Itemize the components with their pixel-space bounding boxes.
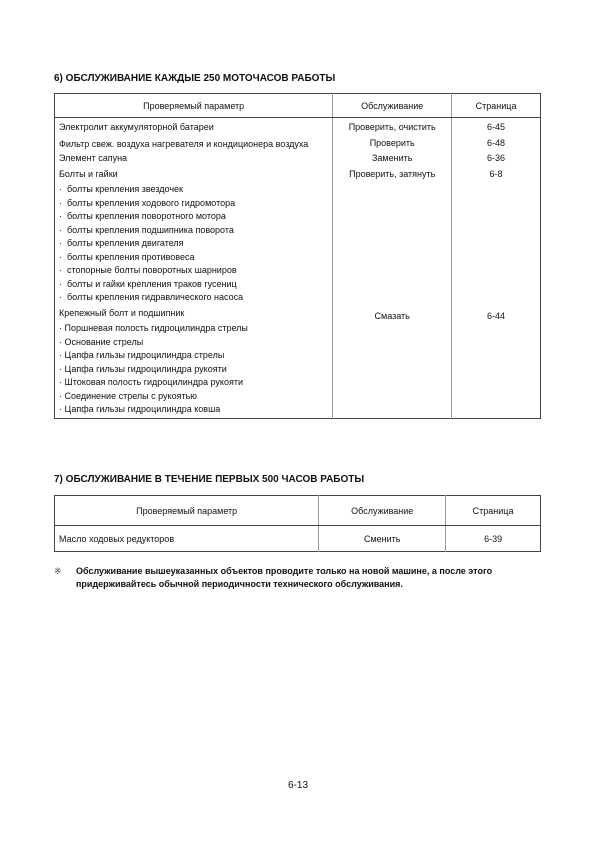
table-header-row: Проверяемый параметр Обслуживание Страни… — [55, 94, 541, 118]
table-header-row: Проверяемый параметр Обслуживание Страни… — [55, 496, 541, 526]
header-service: Обслуживание — [333, 94, 452, 118]
table-row: Болты и гайки болты крепления звездочек … — [55, 167, 541, 306]
note: ※ Обслуживание вышеуказанных объектов пр… — [54, 565, 544, 590]
list-item: болты крепления ходового гидромотора — [59, 197, 328, 211]
list-item: болты крепления поворотного мотора — [59, 210, 328, 224]
table-row: Элемент сапуна Заменить 6-36 — [55, 151, 541, 167]
list-item: болты крепления двигателя — [59, 237, 328, 251]
header-parameter: Проверяемый параметр — [55, 496, 319, 526]
grease-points-list: Поршневая полость гидроцилиндра стрелы О… — [59, 322, 328, 417]
maintenance-250h-table: Проверяемый параметр Обслуживание Страни… — [54, 93, 541, 419]
header-page: Страница — [446, 496, 541, 526]
reference-mark-icon: ※ — [54, 565, 62, 578]
list-item: болты крепления звездочек — [59, 183, 328, 197]
list-item: Штоковая полость гидроцилиндра рукояти — [59, 376, 328, 390]
table-row: Электролит аккумуляторной батареи Провер… — [55, 118, 541, 136]
table-row: Масло ходовых редукторов Сменить 6-39 — [55, 526, 541, 552]
maintenance-500h-table: Проверяемый параметр Обслуживание Страни… — [54, 495, 541, 552]
table-row: Крепежный болт и подшипник Поршневая пол… — [55, 306, 541, 419]
header-service: Обслуживание — [319, 496, 446, 526]
header-parameter: Проверяемый параметр — [55, 94, 333, 118]
list-item: Соединение стрелы с рукоятью — [59, 390, 328, 404]
list-item: Основание стрелы — [59, 336, 328, 350]
section-7-title: 7) ОБСЛУЖИВАНИЕ В ТЕЧЕНИЕ ПЕРВЫХ 500 ЧАС… — [54, 474, 364, 485]
list-item: болты крепления подшипника поворота — [59, 224, 328, 238]
note-text: Обслуживание вышеуказанных объектов пров… — [76, 565, 544, 590]
list-item: болты крепления противовеса — [59, 251, 328, 265]
list-item: болты и гайки крепления траков гусениц — [59, 278, 328, 292]
table-row: Фильтр свеж. воздуха нагревателя и конди… — [55, 136, 541, 152]
page-number: 6-13 — [0, 780, 596, 791]
list-item: стопорные болты поворотных шарниров — [59, 264, 328, 278]
list-item: болты крепления гидравлического насоса — [59, 291, 328, 305]
list-item: Поршневая полость гидроцилиндра стрелы — [59, 322, 328, 336]
bolts-list: болты крепления звездочек болты креплени… — [59, 183, 328, 305]
list-item: Цапфа гильзы гидроцилиндра стрелы — [59, 349, 328, 363]
list-item: Цапфа гильзы гидроцилиндра ковша — [59, 403, 328, 417]
list-item: Цапфа гильзы гидроцилиндра рукояти — [59, 363, 328, 377]
section-6-title: 6) ОБСЛУЖИВАНИЕ КАЖДЫЕ 250 МОТОЧАСОВ РАБ… — [54, 73, 335, 84]
header-page: Страница — [452, 94, 541, 118]
